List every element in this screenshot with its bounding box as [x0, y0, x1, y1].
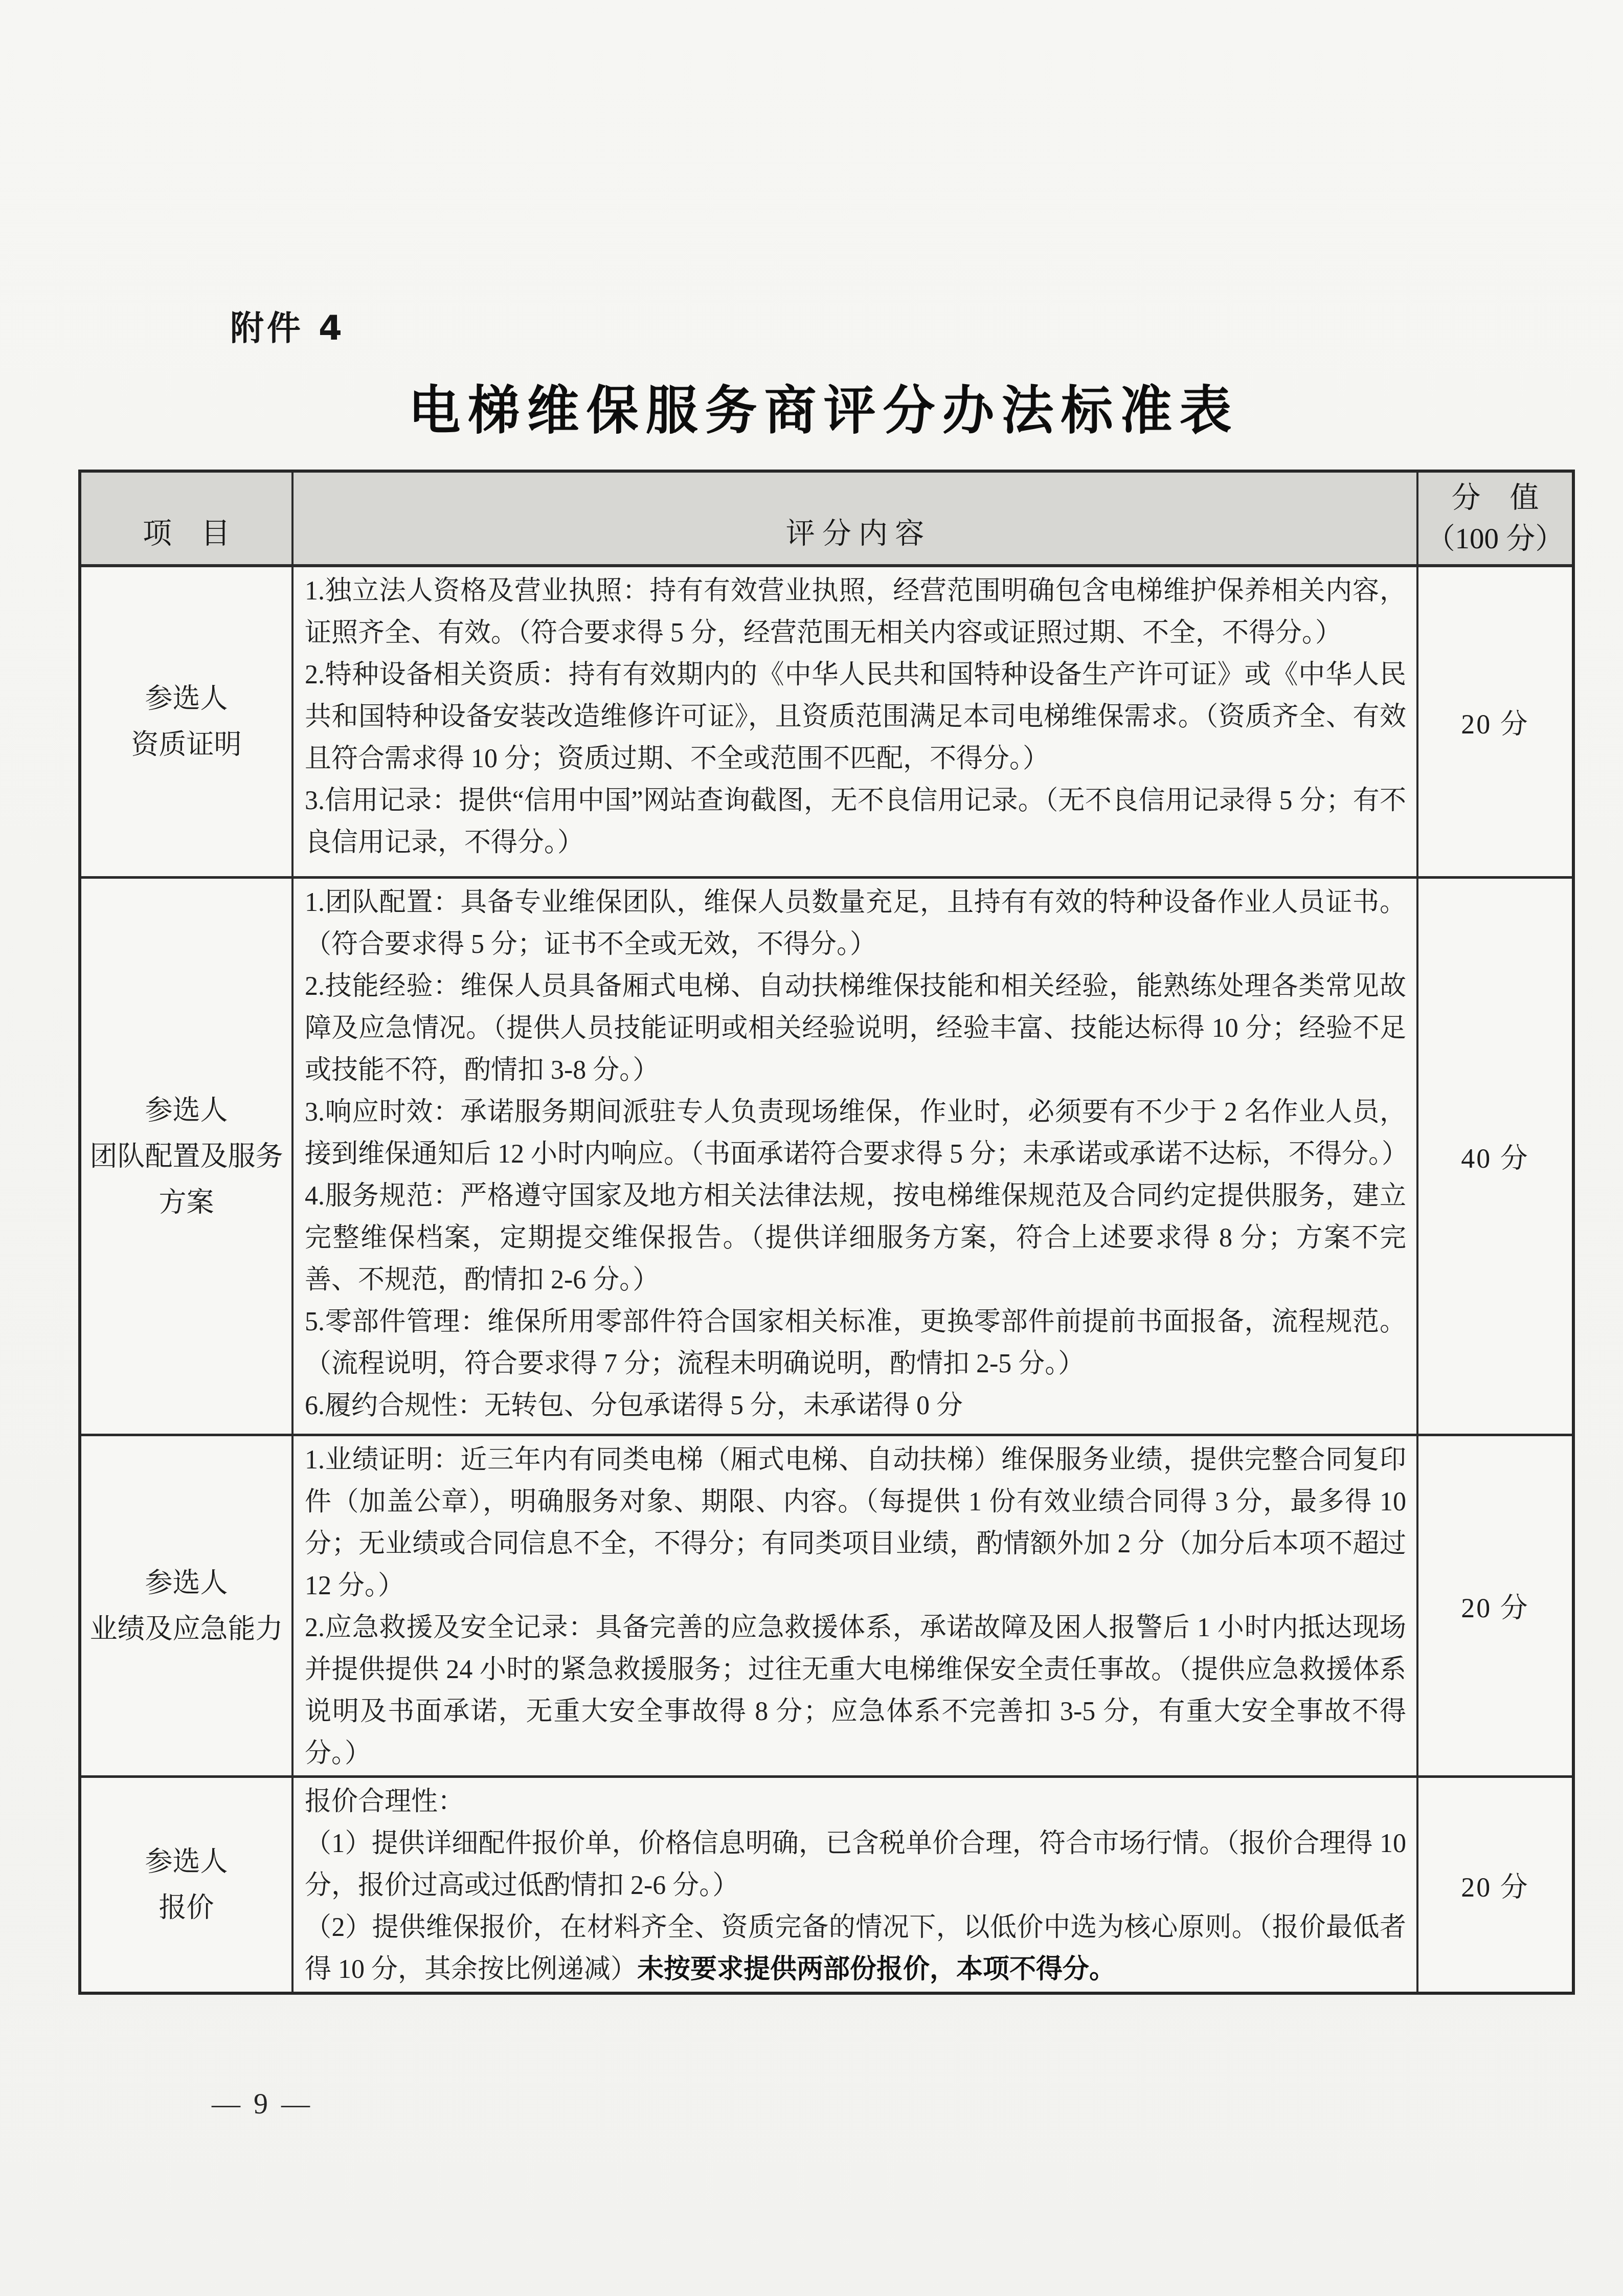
content-segment: 2.应急救援及安全记录：具备完善的应急救援体系，承诺故障及困人报警后 1 小时内…: [305, 1613, 1406, 1768]
content-segment: 3.信用记录：提供“信用中国”网站查询截图，无不良信用记录。（无不良信用记录得 …: [305, 786, 1406, 857]
row-item-label-line: 报价: [159, 1885, 214, 1931]
score-table: 项 目 评 分 内 容 分 值 （100 分） 参选人资质证明1.独立法人资格及…: [78, 470, 1575, 1995]
table-header-content: 评 分 内 容: [294, 473, 1418, 567]
content-paragraph: 6.履约合规性：无转包、分包承诺得 5 分，未承诺得 0 分: [305, 1385, 1406, 1427]
row-item-label: 参选人报价: [81, 1778, 294, 1992]
content-paragraph: 1.业绩证明：近三年内有同类电梯（厢式电梯、自动扶梯）维保服务业绩，提供完整合同…: [305, 1439, 1406, 1607]
content-paragraph: 1.独立法人资格及营业执照：持有有效营业执照，经营范围明确包含电梯维护保养相关内…: [305, 570, 1406, 654]
content-segment: 1.团队配置：具备专业维保团队，维保人员数量充足，且持有有效的特种设备作业人员证…: [305, 888, 1406, 959]
content-segment: 6.履约合规性：无转包、分包承诺得 5 分，未承诺得 0 分: [305, 1391, 963, 1420]
content-paragraph: 报价合理性：: [305, 1781, 1406, 1823]
content-segment: 3.响应时效：承诺服务期间派驻专人负责现场维保，作业时，必须要有不少于 2 名作…: [305, 1098, 1408, 1169]
table-header-item: 项 目: [81, 473, 294, 567]
content-paragraph: 5.零部件管理：维保所用零部件符合国家相关标准，更换零部件前提前书面报备，流程规…: [305, 1301, 1406, 1385]
row-item-label: 参选人资质证明: [81, 567, 294, 879]
content-segment: 5.零部件管理：维保所用零部件符合国家相关标准，更换零部件前提前书面报备，流程规…: [305, 1307, 1406, 1378]
table-header-score-line1: 分 值: [1452, 478, 1539, 519]
content-paragraph: 2.应急救援及安全记录：具备完善的应急救援体系，承诺故障及困人报警后 1 小时内…: [305, 1607, 1406, 1775]
row-item-label-line: 参选人: [145, 1839, 228, 1885]
content-paragraph: 1.团队配置：具备专业维保团队，维保人员数量充足，且持有有效的特种设备作业人员证…: [305, 882, 1406, 966]
content-paragraph: （1）提供详细配件报价单，价格信息明确，已含税单价合理，符合市场行情。（报价合理…: [305, 1823, 1406, 1907]
attachment-label: 附件 4: [230, 301, 345, 349]
content-paragraph: 3.信用记录：提供“信用中国”网站查询截图，无不良信用记录。（无不良信用记录得 …: [305, 780, 1406, 864]
content-segment: 1.独立法人资格及营业执照：持有有效营业执照，经营范围明确包含电梯维护保养相关内…: [305, 576, 1406, 648]
row-item-label-line: 参选人: [145, 676, 228, 722]
content-segment: 2.技能经验：维保人员具备厢式电梯、自动扶梯维保技能和相关经验，能熟练处理各类常…: [305, 972, 1406, 1085]
row-score-value: 40 分: [1418, 879, 1572, 1436]
content-segment: 1.业绩证明：近三年内有同类电梯（厢式电梯、自动扶梯）维保服务业绩，提供完整合同…: [305, 1445, 1406, 1600]
table-header-score-line2: （100 分）: [1426, 519, 1565, 560]
row-item-label-line: 业绩及应急能力: [90, 1606, 283, 1652]
row-score-value: 20 分: [1418, 1778, 1572, 1992]
content-paragraph: 3.响应时效：承诺服务期间派驻专人负责现场维保，作业时，必须要有不少于 2 名作…: [305, 1091, 1406, 1175]
content-paragraph: 4.服务规范：严格遵守国家及地方相关法律法规，按电梯维保规范及合同约定提供服务，…: [305, 1175, 1406, 1301]
row-item-label-line: 参选人: [145, 1087, 228, 1133]
row-scoring-content: 1.独立法人资格及营业执照：持有有效营业执照，经营范围明确包含电梯维护保养相关内…: [294, 567, 1418, 879]
table-header-score: 分 值 （100 分）: [1418, 473, 1572, 567]
content-paragraph: 2.技能经验：维保人员具备厢式电梯、自动扶梯维保技能和相关经验，能熟练处理各类常…: [305, 966, 1406, 1091]
content-paragraph: 2.特种设备相关资质：持有有效期内的《中华人民共和国特种设备生产许可证》或《中华…: [305, 654, 1406, 780]
row-scoring-content: 1.团队配置：具备专业维保团队，维保人员数量充足，且持有有效的特种设备作业人员证…: [294, 879, 1418, 1436]
row-score-value: 20 分: [1418, 567, 1572, 879]
content-segment-bold: 未按要求提供两部份报价，本项不得分。: [637, 1955, 1116, 1984]
row-scoring-content: 1.业绩证明：近三年内有同类电梯（厢式电梯、自动扶梯）维保服务业绩，提供完整合同…: [294, 1436, 1418, 1778]
scanned-document-page: 附件 4 电梯维保服务商评分办法标准表 项 目 评 分 内 容 分 值 （100…: [0, 0, 1623, 2296]
content-segment: 4.服务规范：严格遵守国家及地方相关法律法规，按电梯维保规范及合同约定提供服务，…: [305, 1182, 1406, 1295]
content-segment: 报价合理性：: [305, 1787, 464, 1816]
row-scoring-content: 报价合理性：（1）提供详细配件报价单，价格信息明确，已含税单价合理，符合市场行情…: [294, 1778, 1418, 1992]
content-segment: 2.特种设备相关资质：持有有效期内的《中华人民共和国特种设备生产许可证》或《中华…: [305, 660, 1406, 773]
row-item-label-line: 团队配置及服务: [90, 1133, 283, 1179]
row-item-label-line: 参选人: [145, 1560, 228, 1606]
page-title: 电梯维保服务商评分办法标准表: [78, 369, 1569, 444]
page-number: — 9 —: [212, 2088, 313, 2121]
row-item-label-line: 方案: [159, 1179, 214, 1225]
row-item-label-line: 资质证明: [131, 722, 242, 768]
content-segment: （1）提供详细配件报价单，价格信息明确，已含税单价合理，符合市场行情。（报价合理…: [305, 1829, 1406, 1900]
row-item-label: 参选人业绩及应急能力: [81, 1436, 294, 1778]
row-score-value: 20 分: [1418, 1436, 1572, 1778]
row-item-label: 参选人团队配置及服务方案: [81, 879, 294, 1436]
content-paragraph: （2）提供维保报价，在材料齐全、资质完备的情况下，以低价中选为核心原则。（报价最…: [305, 1907, 1406, 1991]
